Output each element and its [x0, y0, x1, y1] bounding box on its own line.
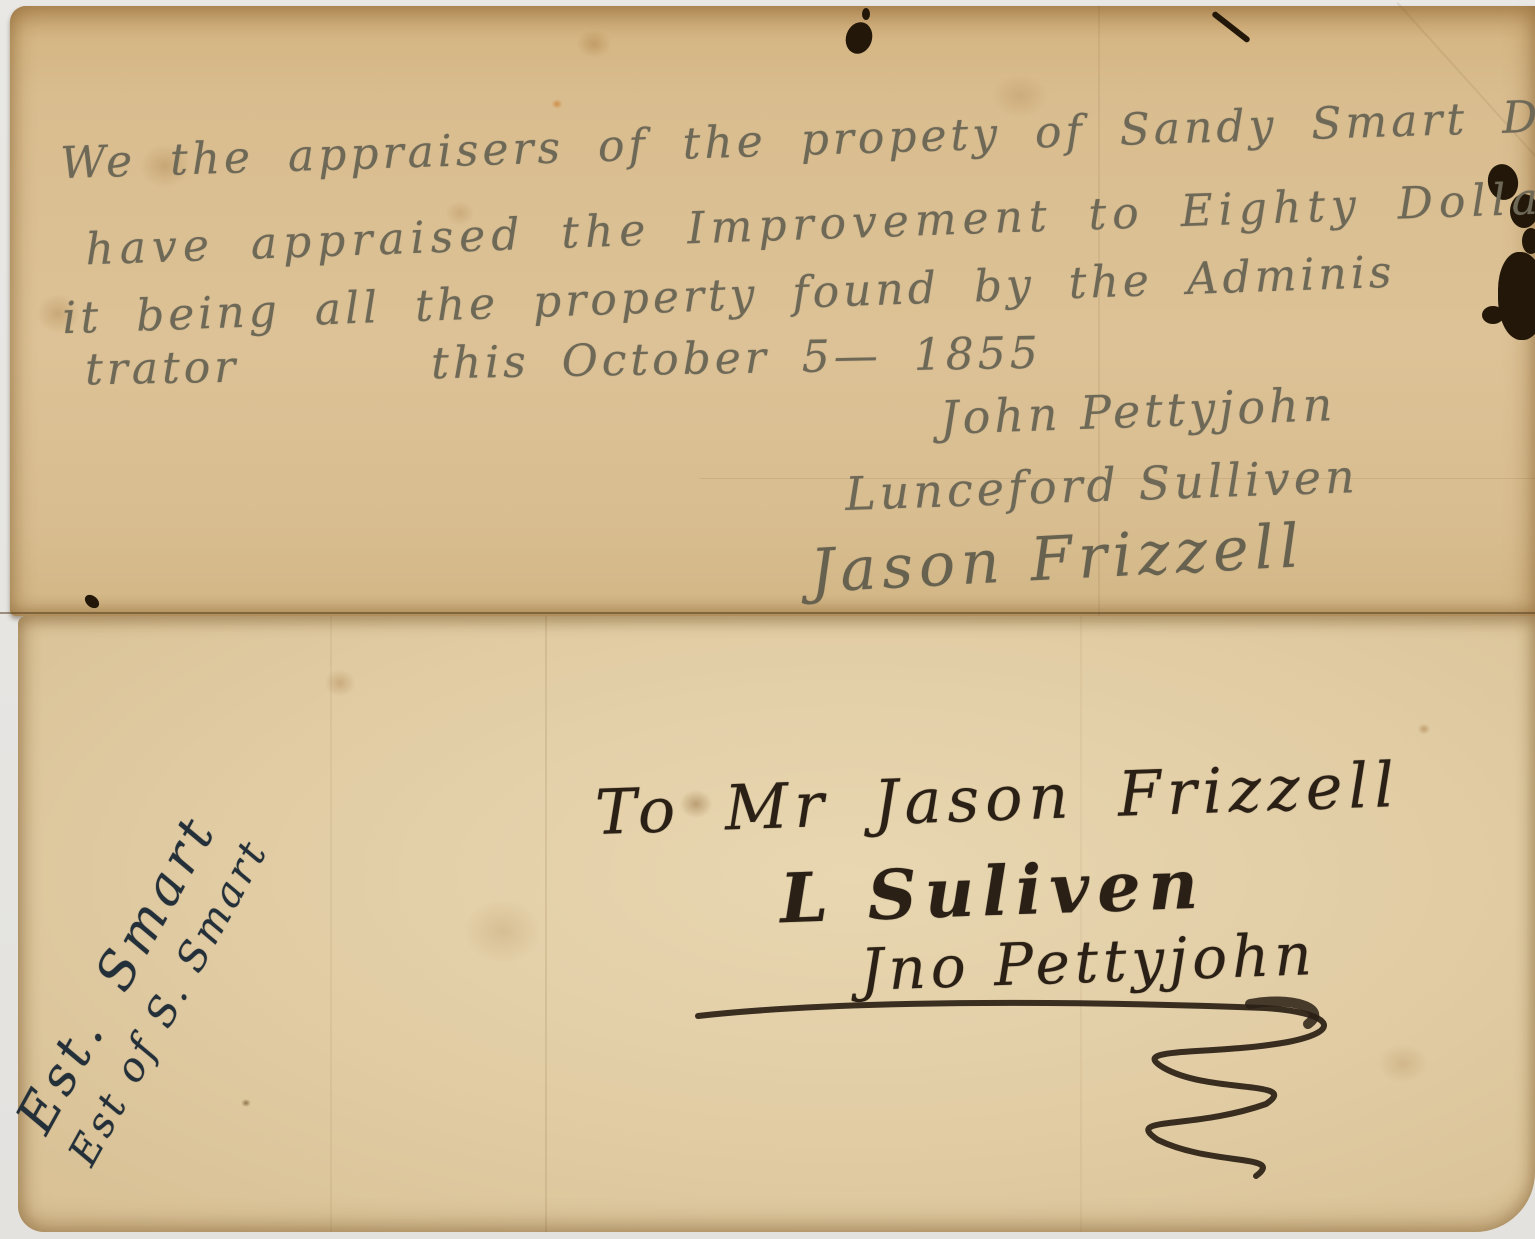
signature-john-pettyjohn: John Pettyjohn	[939, 377, 1337, 445]
diagonal-corner-crease	[1397, 2, 1535, 174]
ink-blot	[842, 19, 877, 57]
stain	[448, 886, 558, 976]
ink-blot	[1482, 306, 1504, 324]
top-sheet: We the appraisers of the propety of Sand…	[10, 6, 1535, 616]
stain	[1416, 722, 1432, 736]
vertical-crease	[330, 616, 332, 1232]
ink-blot	[1498, 252, 1535, 340]
pen-stroke-mark	[1211, 10, 1251, 43]
ink-blot	[1522, 228, 1535, 254]
pen-flourish	[690, 968, 1350, 1203]
stain	[570, 24, 618, 64]
stain	[550, 98, 564, 110]
stain	[1368, 1036, 1438, 1091]
ink-blot	[862, 8, 870, 20]
signature-jason-frizzell: Jason Frizzell	[809, 511, 1307, 607]
signature-lunceford-sulliven: Lunceford Sulliven	[844, 449, 1359, 521]
stain	[318, 664, 362, 702]
scanned-document: We the appraisers of the propety of Sand…	[0, 0, 1535, 1239]
body-line-1: We the appraisers of the propety of Sand…	[60, 90, 1535, 189]
fold-seam	[0, 612, 1535, 614]
stain	[240, 1098, 252, 1108]
